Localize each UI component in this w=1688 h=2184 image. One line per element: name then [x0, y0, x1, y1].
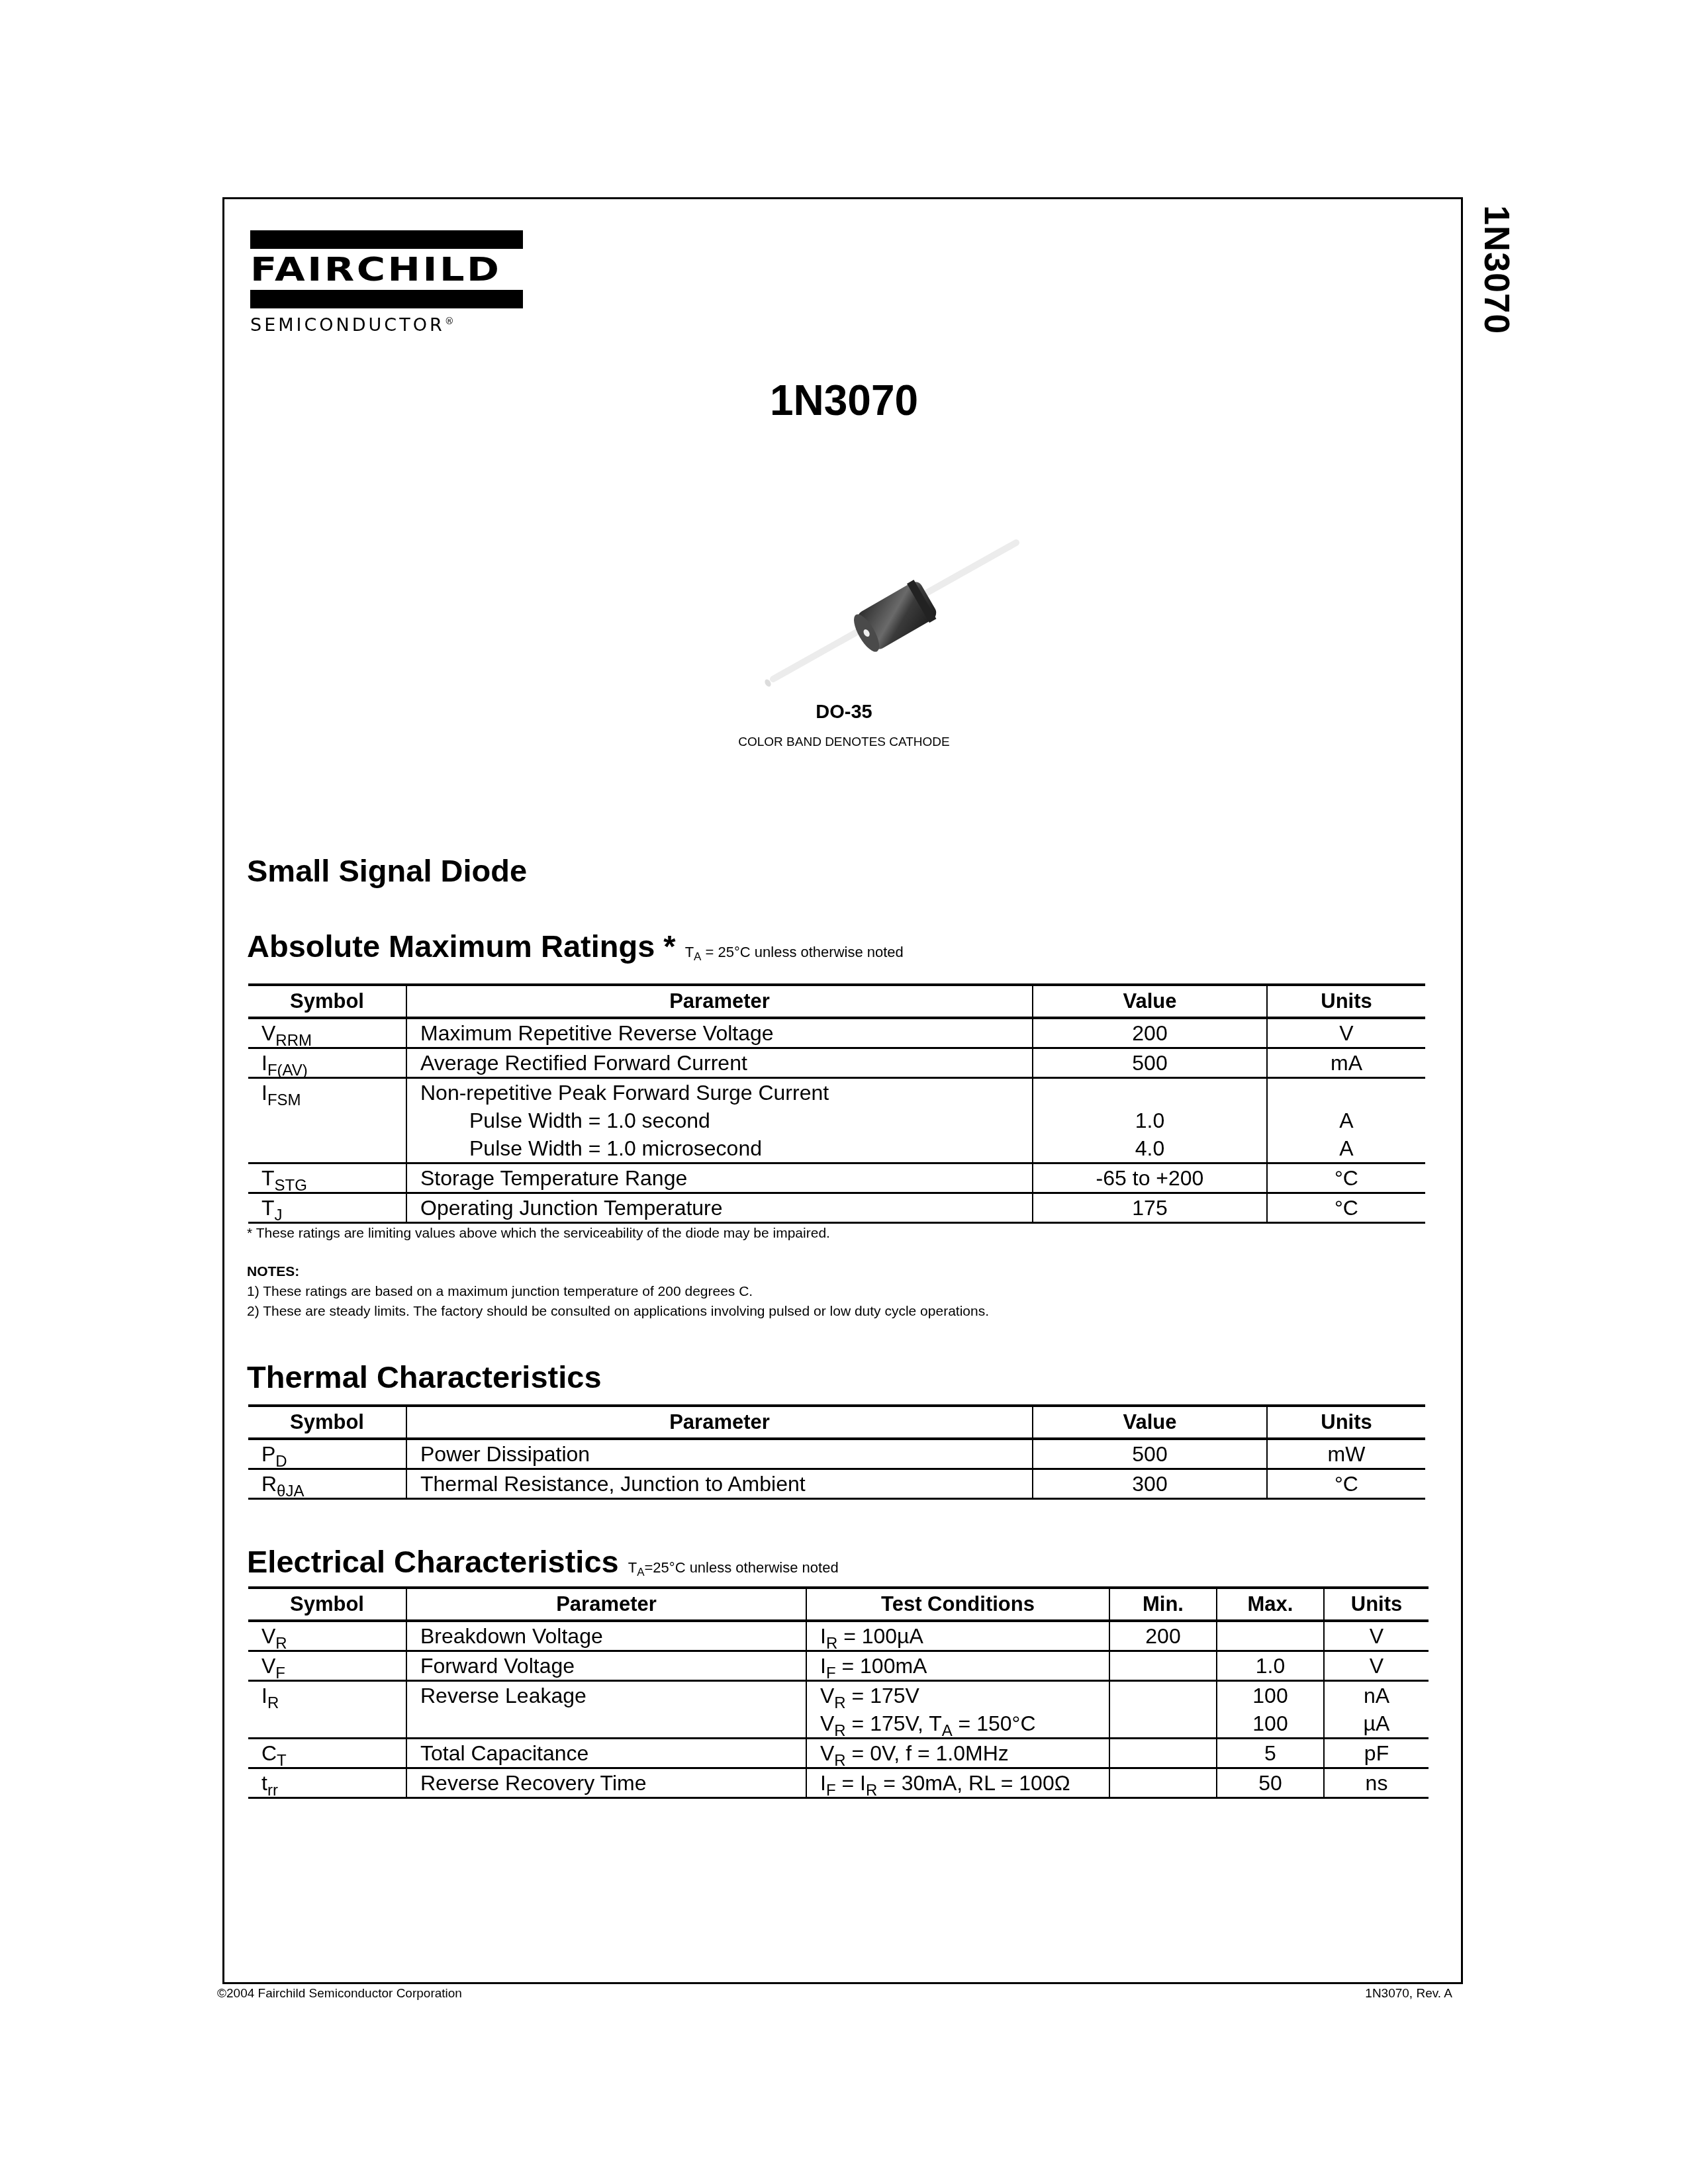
max-cell: 1.0	[1217, 1651, 1324, 1681]
symbol-base: V	[261, 1021, 275, 1045]
symbol-cell: IF(AV)	[248, 1048, 406, 1078]
abs-max-table: SymbolParameterValueUnits VRRMMaximum Re…	[248, 983, 1425, 1224]
condition-part: = 100µA	[837, 1624, 923, 1648]
units-cell-line: nA	[1325, 1682, 1429, 1709]
symbol-subscript: D	[275, 1453, 287, 1471]
min-cell: 200	[1109, 1621, 1217, 1651]
symbol-base: I	[261, 1684, 267, 1707]
parameter-cell-line: Forward Voltage	[420, 1652, 806, 1680]
condition-part: F	[826, 1782, 836, 1799]
units-cell: mW	[1267, 1439, 1425, 1469]
column-header: Parameter	[406, 1588, 806, 1621]
value-cell-line: 1.0	[1033, 1107, 1266, 1134]
symbol-base: P	[261, 1442, 275, 1466]
condition-part: = 0V, f = 1.0MHz	[846, 1741, 1009, 1765]
symbol-subscript: F	[275, 1664, 285, 1682]
parameter-cell: Operating Junction Temperature	[406, 1193, 1033, 1223]
symbol-cell: VR	[248, 1621, 406, 1651]
symbol-subscript: T	[277, 1752, 287, 1770]
parameter-cell: Reverse Leakage	[406, 1681, 806, 1739]
parameter-cell: Breakdown Voltage	[406, 1621, 806, 1651]
table-row: IF(AV)Average Rectified Forward Current5…	[248, 1048, 1425, 1078]
electrical-condition: TA=25°C unless otherwise noted	[628, 1559, 839, 1576]
units-cell-line: A	[1268, 1107, 1425, 1134]
test-condition-line: VR = 175V, TA = 150°C	[820, 1709, 1109, 1737]
symbol-subscript: R	[275, 1635, 287, 1653]
parameter-cell: Non-repetitive Peak Forward Surge Curren…	[406, 1078, 1033, 1163]
min-cell-line	[1110, 1682, 1216, 1709]
symbol-cell: RθJA	[248, 1469, 406, 1499]
condition-part: F	[826, 1664, 836, 1682]
min-cell-line	[1110, 1652, 1216, 1680]
test-condition-cell: IF = 100mA	[806, 1651, 1109, 1681]
footer-copyright: ©2004 Fairchild Semiconductor Corporatio…	[217, 1987, 462, 2001]
condition-part: = 30mA, RL = 100Ω	[877, 1771, 1070, 1795]
units-cell-line	[1268, 1079, 1425, 1107]
symbol-cell: TJ	[248, 1193, 406, 1223]
min-cell	[1109, 1651, 1217, 1681]
notes-title: NOTES:	[247, 1264, 299, 1280]
parameter-cell-line: Pulse Width = 1.0 second	[420, 1107, 1032, 1134]
symbol-cell: IFSM	[248, 1078, 406, 1163]
condition-part: V	[820, 1684, 834, 1707]
min-cell	[1109, 1768, 1217, 1798]
notes-title-text: NOTES:	[247, 1264, 299, 1279]
value-cell-line: 500	[1033, 1440, 1266, 1468]
symbol-cell: IR	[248, 1681, 406, 1739]
parameter-cell-line: Power Dissipation	[420, 1440, 1032, 1468]
units-cell-line: A	[1268, 1134, 1425, 1162]
parameter-cell-line: Reverse Leakage	[420, 1682, 806, 1709]
value-cell: 200	[1033, 1018, 1267, 1048]
max-cell: 50	[1217, 1768, 1324, 1798]
test-condition-line: IF = IR = 30mA, RL = 100Ω	[820, 1769, 1109, 1797]
thermal-table: SymbolParameterValueUnits PDPower Dissip…	[248, 1404, 1425, 1500]
page-title: 1N3070	[0, 376, 1688, 425]
symbol-base: V	[261, 1654, 275, 1678]
condition-part: = I	[836, 1771, 866, 1795]
condition-part: = 150°C	[953, 1711, 1036, 1735]
units-cell-line: mA	[1268, 1049, 1425, 1077]
cond-sub: A	[694, 950, 701, 963]
condition-part: R	[834, 1752, 845, 1770]
max-cell-line: 100	[1217, 1682, 1323, 1709]
cond-sub: A	[637, 1566, 644, 1578]
units-cell: nAµA	[1324, 1681, 1429, 1739]
side-part-number: 1N3070	[1471, 205, 1517, 351]
value-cell-line: 175	[1033, 1194, 1266, 1222]
parameter-cell: Forward Voltage	[406, 1651, 806, 1681]
electrical-table: SymbolParameterTest ConditionsMin.Max.Un…	[248, 1586, 1429, 1799]
value-cell: 175	[1033, 1193, 1267, 1223]
symbol-base: T	[261, 1166, 275, 1190]
parameter-cell: Storage Temperature Range	[406, 1163, 1033, 1193]
column-header: Symbol	[248, 985, 406, 1018]
table-row: VRRMMaximum Repetitive Reverse Voltage20…	[248, 1018, 1425, 1048]
test-condition-cell: IR = 100µA	[806, 1621, 1109, 1651]
column-header: Min.	[1109, 1588, 1217, 1621]
test-condition-cell: VR = 0V, f = 1.0MHz	[806, 1739, 1109, 1768]
table-row: IRReverse LeakageVR = 175VVR = 175V, TA …	[248, 1681, 1429, 1739]
symbol-base: I	[261, 1051, 267, 1075]
table-row: IFSMNon-repetitive Peak Forward Surge Cu…	[248, 1078, 1425, 1163]
condition-part: I	[820, 1624, 826, 1648]
value-cell: 500	[1033, 1439, 1267, 1469]
table-row: PDPower Dissipation500mW	[248, 1439, 1425, 1469]
parameter-cell-line: Non-repetitive Peak Forward Surge Curren…	[420, 1079, 1032, 1107]
column-header: Value	[1033, 1406, 1267, 1439]
value-cell: -65 to +200	[1033, 1163, 1267, 1193]
symbol-subscript: F(AV)	[267, 1062, 308, 1079]
symbol-subscript: J	[275, 1206, 283, 1224]
column-header: Parameter	[406, 985, 1033, 1018]
electrical-heading: Electrical CharacteristicsTA=25°C unless…	[247, 1543, 839, 1580]
cond-rest: =25°C unless otherwise noted	[645, 1559, 839, 1576]
table-row: trrReverse Recovery TimeIF = IR = 30mA, …	[248, 1768, 1429, 1798]
axial-diode-icon	[735, 523, 1039, 698]
condition-part: = 100mA	[836, 1654, 927, 1678]
units-cell: °C	[1267, 1193, 1425, 1223]
units-cell: V	[1324, 1621, 1429, 1651]
units-cell: V	[1267, 1018, 1425, 1048]
logo-brand: FAIRCHILD	[250, 250, 572, 289]
parameter-cell-line: Thermal Resistance, Junction to Ambient	[420, 1470, 1032, 1498]
package-name: DO-35	[0, 702, 1688, 723]
symbol-cell: VRRM	[248, 1018, 406, 1048]
condition-part: = 175V, T	[846, 1711, 942, 1735]
parameter-cell: Total Capacitance	[406, 1739, 806, 1768]
parameter-cell-line: Storage Temperature Range	[420, 1164, 1032, 1192]
logo-bar-bottom	[250, 290, 523, 308]
symbol-base: V	[261, 1624, 275, 1648]
column-header: Symbol	[248, 1406, 406, 1439]
max-cell: 100100	[1217, 1681, 1324, 1739]
condition-part: I	[820, 1771, 826, 1795]
units-cell-line: V	[1325, 1622, 1429, 1650]
symbol-cell: VF	[248, 1651, 406, 1681]
min-cell	[1109, 1681, 1217, 1739]
abs-footnote: * These ratings are limiting values abov…	[247, 1226, 830, 1242]
condition-part: = 175V	[846, 1684, 919, 1707]
parameter-cell-line: Pulse Width = 1.0 microsecond	[420, 1134, 1032, 1162]
units-cell-line: µA	[1325, 1709, 1429, 1737]
abs-max-condition: TA = 25°C unless otherwise noted	[685, 944, 904, 960]
note-1: 1) These ratings are based on a maximum …	[247, 1284, 753, 1300]
units-cell-line: V	[1325, 1652, 1429, 1680]
max-cell-line: 50	[1217, 1769, 1323, 1797]
test-condition-cell: IF = IR = 30mA, RL = 100Ω	[806, 1768, 1109, 1798]
value-cell-line: 200	[1033, 1019, 1266, 1047]
symbol-subscript: RRM	[275, 1032, 312, 1050]
table-row: TJOperating Junction Temperature175°C	[248, 1193, 1425, 1223]
parameter-cell-line: Breakdown Voltage	[420, 1622, 806, 1650]
parameter-cell: Power Dissipation	[406, 1439, 1033, 1469]
table-row: RθJAThermal Resistance, Junction to Ambi…	[248, 1469, 1425, 1499]
parameter-cell: Average Rectified Forward Current	[406, 1048, 1033, 1078]
max-cell-line: 5	[1217, 1739, 1323, 1767]
parameter-cell: Maximum Repetitive Reverse Voltage	[406, 1018, 1033, 1048]
test-condition-line: VR = 175V	[820, 1682, 1109, 1709]
test-condition-line: IR = 100µA	[820, 1622, 1109, 1650]
cond-rest: = 25°C unless otherwise noted	[701, 944, 903, 960]
test-condition-cell: VR = 175VVR = 175V, TA = 150°C	[806, 1681, 1109, 1739]
side-part-number-text: 1N3070	[1476, 205, 1517, 334]
parameter-cell-line: Maximum Repetitive Reverse Voltage	[420, 1019, 1032, 1047]
package-note: COLOR BAND DENOTES CATHODE	[0, 735, 1688, 750]
units-cell: V	[1324, 1651, 1429, 1681]
value-cell-line: 500	[1033, 1049, 1266, 1077]
symbol-base: T	[261, 1196, 275, 1220]
value-cell-line	[1033, 1079, 1266, 1107]
max-cell-line	[1217, 1622, 1323, 1650]
condition-part: V	[820, 1711, 834, 1735]
column-header: Test Conditions	[806, 1588, 1109, 1621]
parameter-cell-line: Total Capacitance	[420, 1739, 806, 1767]
abs-max-heading: Absolute Maximum Ratings *TA = 25°C unle…	[247, 928, 904, 964]
symbol-cell: TSTG	[248, 1163, 406, 1193]
symbol-subscript: θJA	[277, 1482, 304, 1500]
min-cell	[1109, 1739, 1217, 1768]
symbol-base: C	[261, 1741, 277, 1765]
table-row: CTTotal CapacitanceVR = 0V, f = 1.0MHz 5…	[248, 1739, 1429, 1768]
table-row: VFForward VoltageIF = 100mA 1.0V	[248, 1651, 1429, 1681]
symbol-base: R	[261, 1472, 277, 1496]
cond-prefix: T	[628, 1559, 637, 1576]
symbol-cell: trr	[248, 1768, 406, 1798]
units-cell: ns	[1324, 1768, 1429, 1798]
test-condition-line: IF = 100mA	[820, 1652, 1109, 1680]
parameter-cell: Thermal Resistance, Junction to Ambient	[406, 1469, 1033, 1499]
units-cell-line: °C	[1268, 1470, 1425, 1498]
parameter-cell-line: Average Rectified Forward Current	[420, 1049, 1032, 1077]
test-condition-line: VR = 0V, f = 1.0MHz	[820, 1739, 1109, 1767]
logo-sub: SEMICONDUCTOR®	[250, 315, 523, 336]
fairchild-logo: FAIRCHILD SEMICONDUCTOR®	[250, 230, 523, 336]
condition-part: I	[820, 1654, 826, 1678]
value-cell: 1.04.0	[1033, 1078, 1267, 1163]
max-cell	[1217, 1621, 1324, 1651]
value-cell-line: 300	[1033, 1470, 1266, 1498]
units-cell-line: V	[1268, 1019, 1425, 1047]
units-cell: °C	[1267, 1469, 1425, 1499]
condition-part: R	[826, 1635, 837, 1653]
column-header: Symbol	[248, 1588, 406, 1621]
abs-max-heading-text: Absolute Maximum Ratings *	[247, 929, 676, 964]
value-cell: 300	[1033, 1469, 1267, 1499]
registered-mark: ®	[445, 316, 454, 327]
symbol-subscript: FSM	[267, 1091, 301, 1109]
condition-part: A	[942, 1722, 953, 1740]
condition-part: V	[820, 1741, 834, 1765]
max-cell-line: 1.0	[1217, 1652, 1323, 1680]
max-cell: 5	[1217, 1739, 1324, 1768]
logo-sub-text: SEMICONDUCTOR	[250, 315, 445, 336]
table-row: TSTGStorage Temperature Range-65 to +200…	[248, 1163, 1425, 1193]
symbol-base: I	[261, 1081, 267, 1105]
min-cell-line	[1110, 1709, 1216, 1737]
symbol-subscript: R	[267, 1694, 279, 1712]
parameter-cell: Reverse Recovery Time	[406, 1768, 806, 1798]
electrical-heading-text: Electrical Characteristics	[247, 1544, 619, 1579]
parameter-cell-line: Reverse Recovery Time	[420, 1769, 806, 1797]
condition-part: R	[866, 1782, 877, 1799]
column-header: Units	[1267, 985, 1425, 1018]
subtitle: Small Signal Diode	[247, 852, 527, 889]
column-header: Parameter	[406, 1406, 1033, 1439]
units-cell-line: ns	[1325, 1769, 1429, 1797]
column-header: Value	[1033, 985, 1267, 1018]
symbol-base: t	[261, 1771, 267, 1795]
symbol-cell: CT	[248, 1739, 406, 1768]
symbol-subscript: rr	[267, 1782, 278, 1799]
units-cell: AA	[1267, 1078, 1425, 1163]
cond-prefix: T	[685, 944, 694, 960]
symbol-cell: PD	[248, 1439, 406, 1469]
value-cell-line: 4.0	[1033, 1134, 1266, 1162]
symbol-subscript: STG	[275, 1177, 307, 1195]
units-cell-line: °C	[1268, 1194, 1425, 1222]
units-cell-line: °C	[1268, 1164, 1425, 1192]
value-cell-line: -65 to +200	[1033, 1164, 1266, 1192]
min-cell-line: 200	[1110, 1622, 1216, 1650]
parameter-cell-line: Operating Junction Temperature	[420, 1194, 1032, 1222]
note-2: 2) These are steady limits. The factory …	[247, 1304, 989, 1320]
column-header: Units	[1267, 1406, 1425, 1439]
table-row: VRBreakdown VoltageIR = 100µA200 V	[248, 1621, 1429, 1651]
units-cell: °C	[1267, 1163, 1425, 1193]
units-cell: mA	[1267, 1048, 1425, 1078]
column-header: Max.	[1217, 1588, 1324, 1621]
units-cell-line: mW	[1268, 1440, 1425, 1468]
units-cell: pF	[1324, 1739, 1429, 1768]
logo-bar-top	[250, 230, 523, 249]
max-cell-line: 100	[1217, 1709, 1323, 1737]
min-cell-line	[1110, 1739, 1216, 1767]
footer-revision: 1N3070, Rev. A	[1365, 1987, 1452, 2001]
value-cell: 500	[1033, 1048, 1267, 1078]
thermal-heading: Thermal Characteristics	[247, 1359, 602, 1395]
units-cell-line: pF	[1325, 1739, 1429, 1767]
condition-part: R	[834, 1722, 845, 1740]
column-header: Units	[1324, 1588, 1429, 1621]
min-cell-line	[1110, 1769, 1216, 1797]
